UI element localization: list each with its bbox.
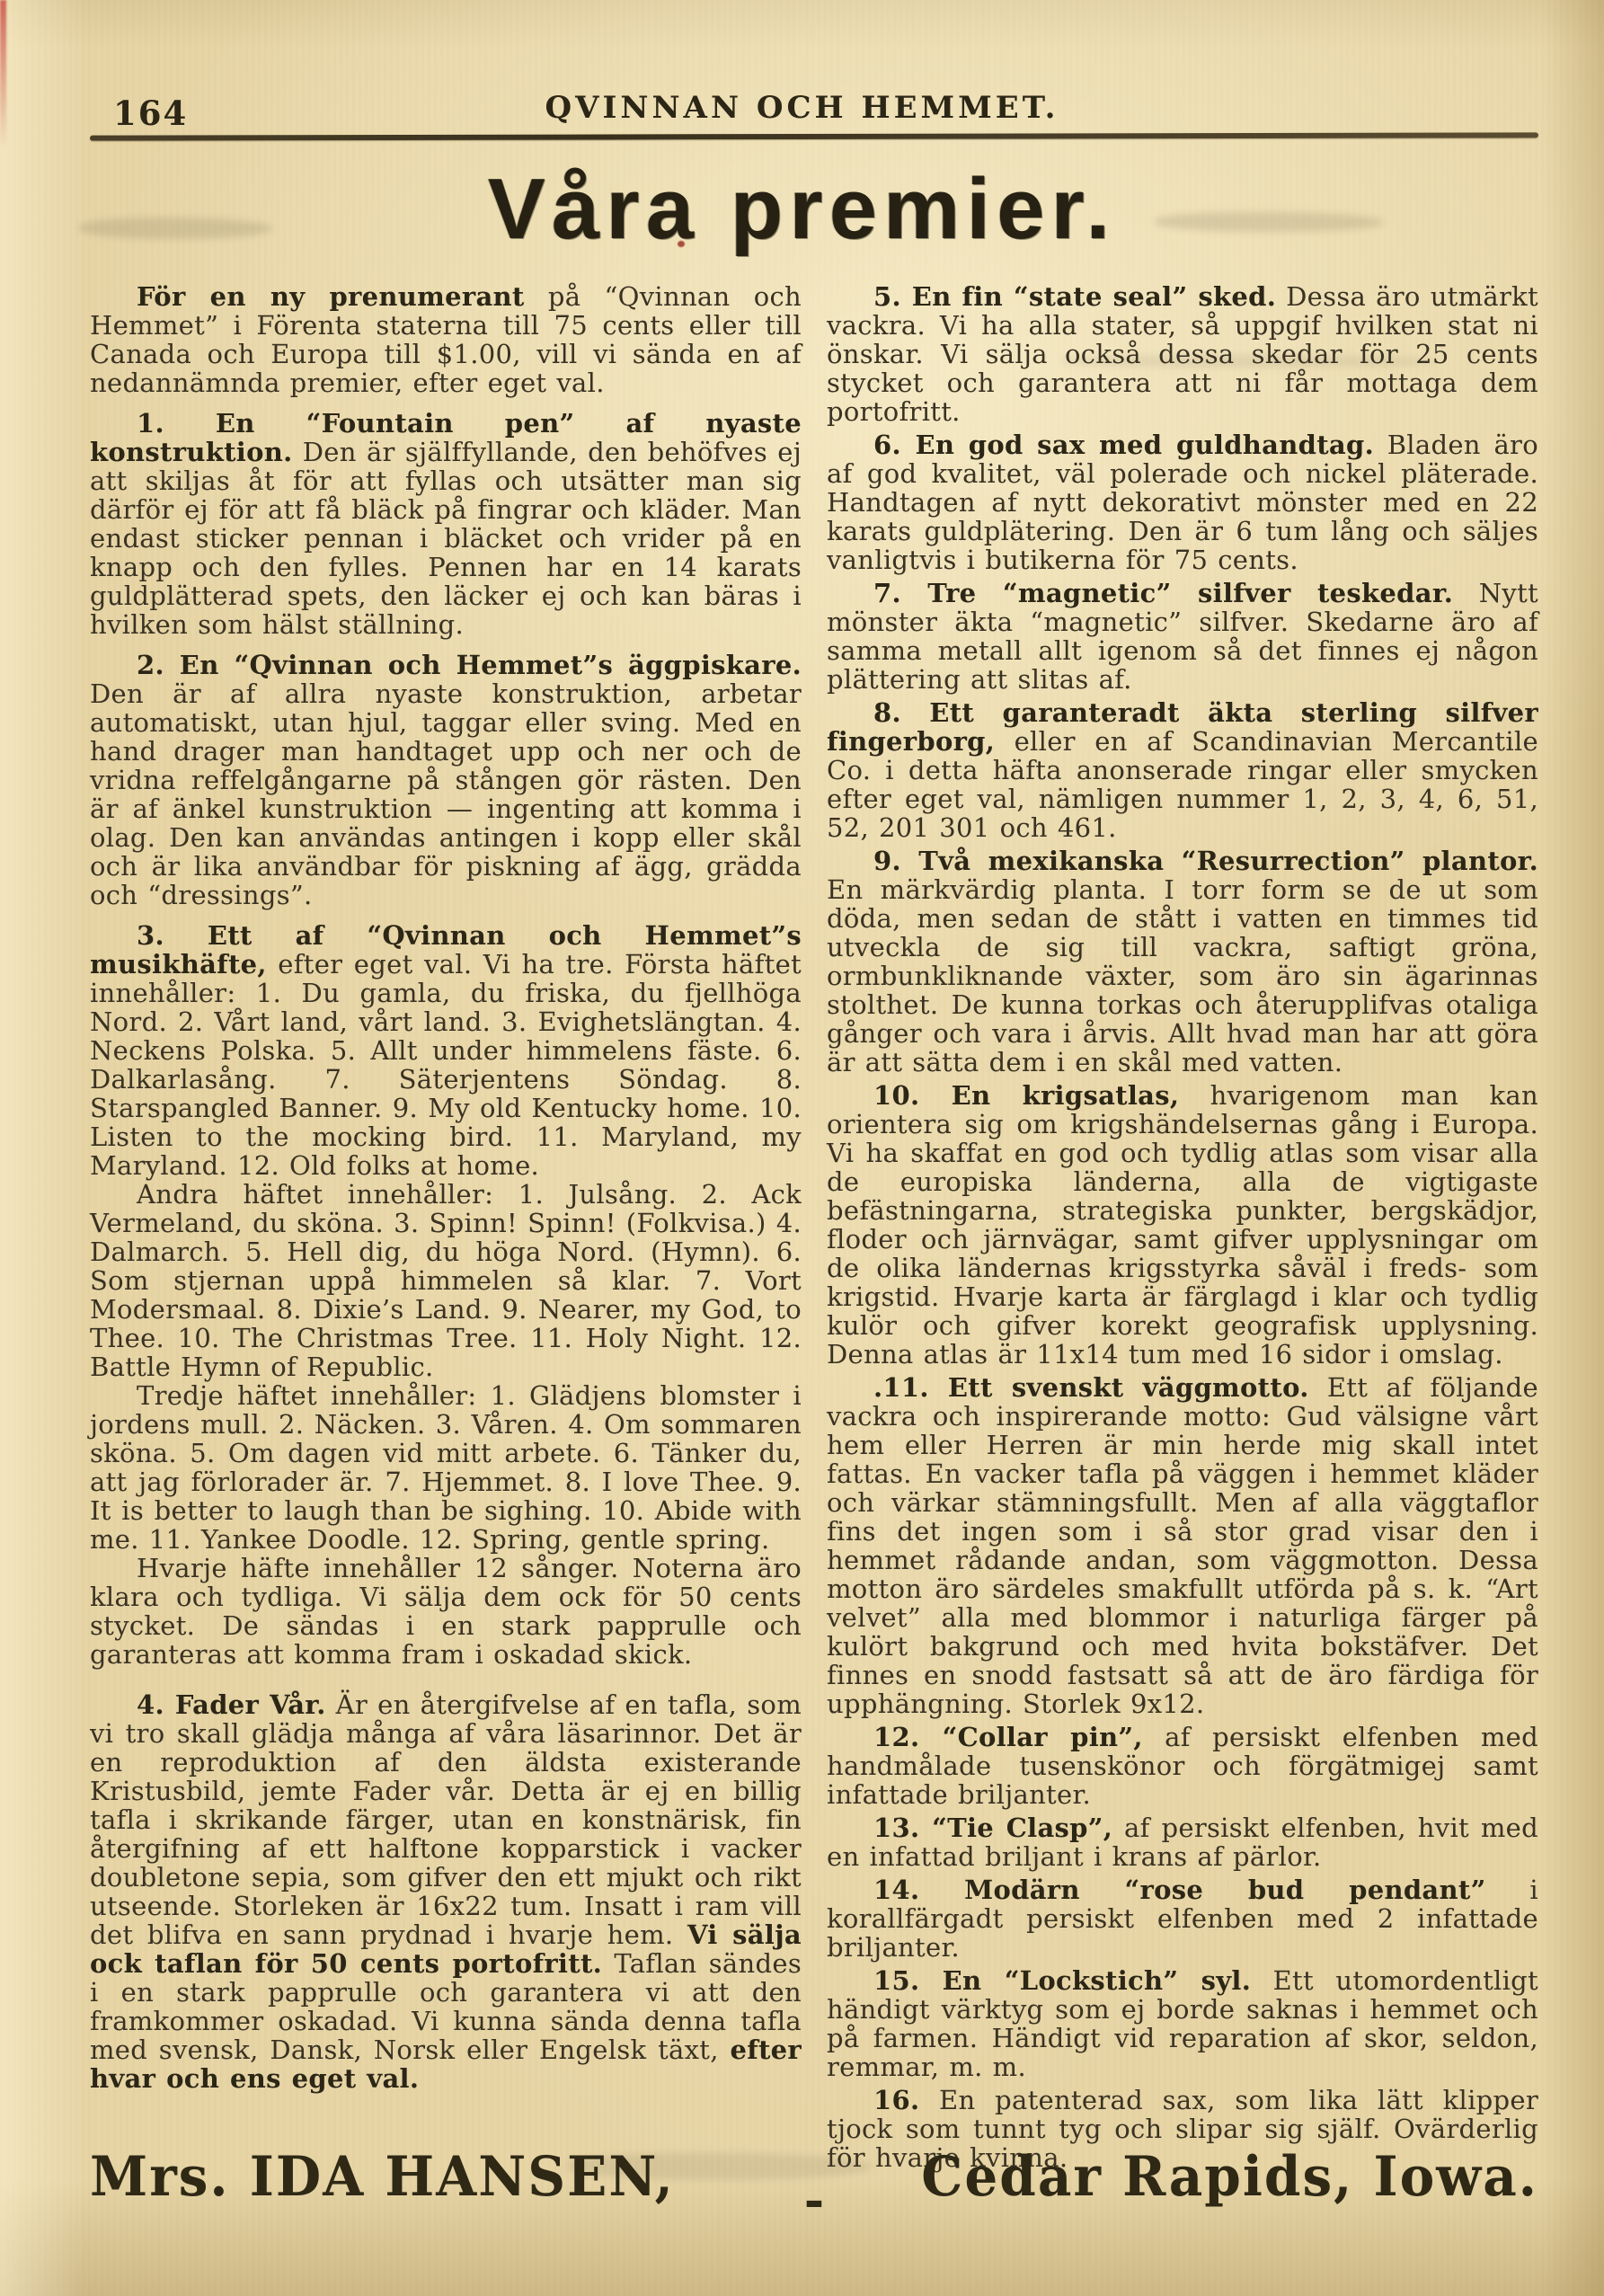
paragraph: För en ny prenumerant på “Qvinnan och He…	[90, 282, 802, 397]
column-right: 5. En fin “state seal” sked. Dessa äro u…	[827, 282, 1538, 2172]
paragraph: 7. Tre “magnetic” silfver teskedar. Nytt…	[827, 579, 1538, 694]
paragraph-lead: 16.	[873, 2085, 919, 2115]
paragraph-text: Tredje häftet innehåller: 1. Glädjens bl…	[90, 1380, 802, 1555]
paragraph-text: efter eget val. Vi ha tre. Första häftet…	[90, 949, 802, 1181]
paragraph-lead: 6. En god sax med guldhandtag.	[873, 430, 1374, 460]
paragraph: 15. En “Lockstich” syl. Ett utomordentli…	[827, 1966, 1538, 2081]
page-footer: Mrs. IDA HANSEN, - Cedar Rapids, Iowa.	[90, 2146, 1538, 2207]
paragraph: .11. Ett svenskt väggmotto. Ett af följa…	[827, 1373, 1538, 1718]
paragraph-text: En märkvärdig planta. I torr form se de …	[827, 874, 1538, 1077]
paragraph-lead: 2. En “Qvinnan och Hemmet”s äggpiskare.	[137, 650, 802, 680]
paragraph: 10. En krigsatlas, hvarigenom man kan or…	[827, 1081, 1538, 1369]
paragraph-lead: 7. Tre “magnetic” silfver teskedar.	[873, 578, 1453, 608]
paragraph: 9. Två mexikanska “Resurrection” plantor…	[827, 847, 1538, 1077]
paragraph: 2. En “Qvinnan och Hemmet”s äggpiskare. …	[90, 651, 802, 909]
paragraph-lead: 5. En fin “state seal” sked.	[873, 281, 1276, 312]
paragraph-lead: 10. En krigsatlas,	[873, 1080, 1179, 1111]
paragraph: 3. Ett af “Qvinnan och Hemmet”s musikhäf…	[90, 921, 802, 1180]
paragraph: 14. Modärn “rose bud pendant” i korallfä…	[827, 1875, 1538, 1962]
journal-title: QVINNAN OCH HEMMET.	[0, 90, 1604, 126]
paragraph: Andra häftet innehåller: 1. Julsång. 2. …	[90, 1180, 802, 1381]
paragraph: 4. Fader Vår. Är en återgifvelse af en t…	[90, 1690, 802, 2093]
publisher-name: Mrs. IDA HANSEN,	[90, 2144, 675, 2208]
paragraph: Tredje häftet innehåller: 1. Glädjens bl…	[90, 1381, 802, 1554]
paragraph: 13. “Tie Clasp”, af persiskt elfenben, h…	[827, 1813, 1538, 1871]
paragraph-text: Andra häftet innehåller: 1. Julsång. 2. …	[90, 1179, 802, 1382]
paragraph-lead: .11. Ett svenskt väggmotto.	[873, 1372, 1309, 1403]
paragraph: 5. En fin “state seal” sked. Dessa äro u…	[827, 282, 1538, 426]
paragraph-lead: 4. Fader Vår.	[137, 1689, 326, 1720]
paragraph-lead: 14. Modärn “rose bud pendant”	[873, 1875, 1486, 1905]
paragraph-lead: 13. “Tie Clasp”,	[873, 1813, 1112, 1843]
paragraph: Hvarje häfte innehåller 12 sånger. Noter…	[90, 1554, 802, 1669]
scanned-magazine-page: { "page": { "header": { "page_number": "…	[0, 0, 1604, 2296]
page-title: Våra premier.	[0, 160, 1604, 259]
paragraph-lead: För en ny prenumerant	[137, 281, 525, 312]
paragraph-text: Den är själffyllande, den behöfves ej at…	[90, 437, 802, 640]
paragraph-lead: 15. En “Lockstich” syl.	[873, 1965, 1251, 1996]
paragraph-lead: 12. “Collar pin”,	[873, 1722, 1143, 1752]
paragraph-text: Hvarje häfte innehåller 12 sånger. Noter…	[90, 1553, 802, 1670]
publisher-location: Cedar Rapids, Iowa.	[921, 2144, 1538, 2208]
paragraph-text: Ett af följande vackra och inspirerande …	[827, 1372, 1538, 1719]
header-divider-rule	[90, 132, 1538, 140]
paragraph: 1. En “Fountain pen” af nyaste konstrukt…	[90, 409, 802, 639]
paragraph: 8. Ett garanteradt äkta sterling silfver…	[827, 698, 1538, 842]
paragraph-text: Den är af allra nyaste konstruktion, arb…	[90, 678, 802, 910]
column-left: För en ny prenumerant på “Qvinnan och He…	[90, 282, 802, 2093]
paragraph: 6. En god sax med guldhandtag. Bladen är…	[827, 430, 1538, 574]
paragraph: 12. “Collar pin”, af persiskt elfenben m…	[827, 1723, 1538, 1809]
paragraph-text: Är en återgifvelse af en tafla, som vi t…	[90, 1689, 802, 1950]
red-edge-scan-mark	[0, 0, 6, 148]
article-body: För en ny prenumerant på “Qvinnan och He…	[90, 282, 1538, 2172]
paragraph-lead: 9. Två mexikanska “Resurrection” plantor…	[873, 846, 1538, 876]
footer-separator-dash: -	[804, 2171, 824, 2229]
paragraph-text: hvarigenom man kan orientera sig om krig…	[827, 1080, 1538, 1370]
